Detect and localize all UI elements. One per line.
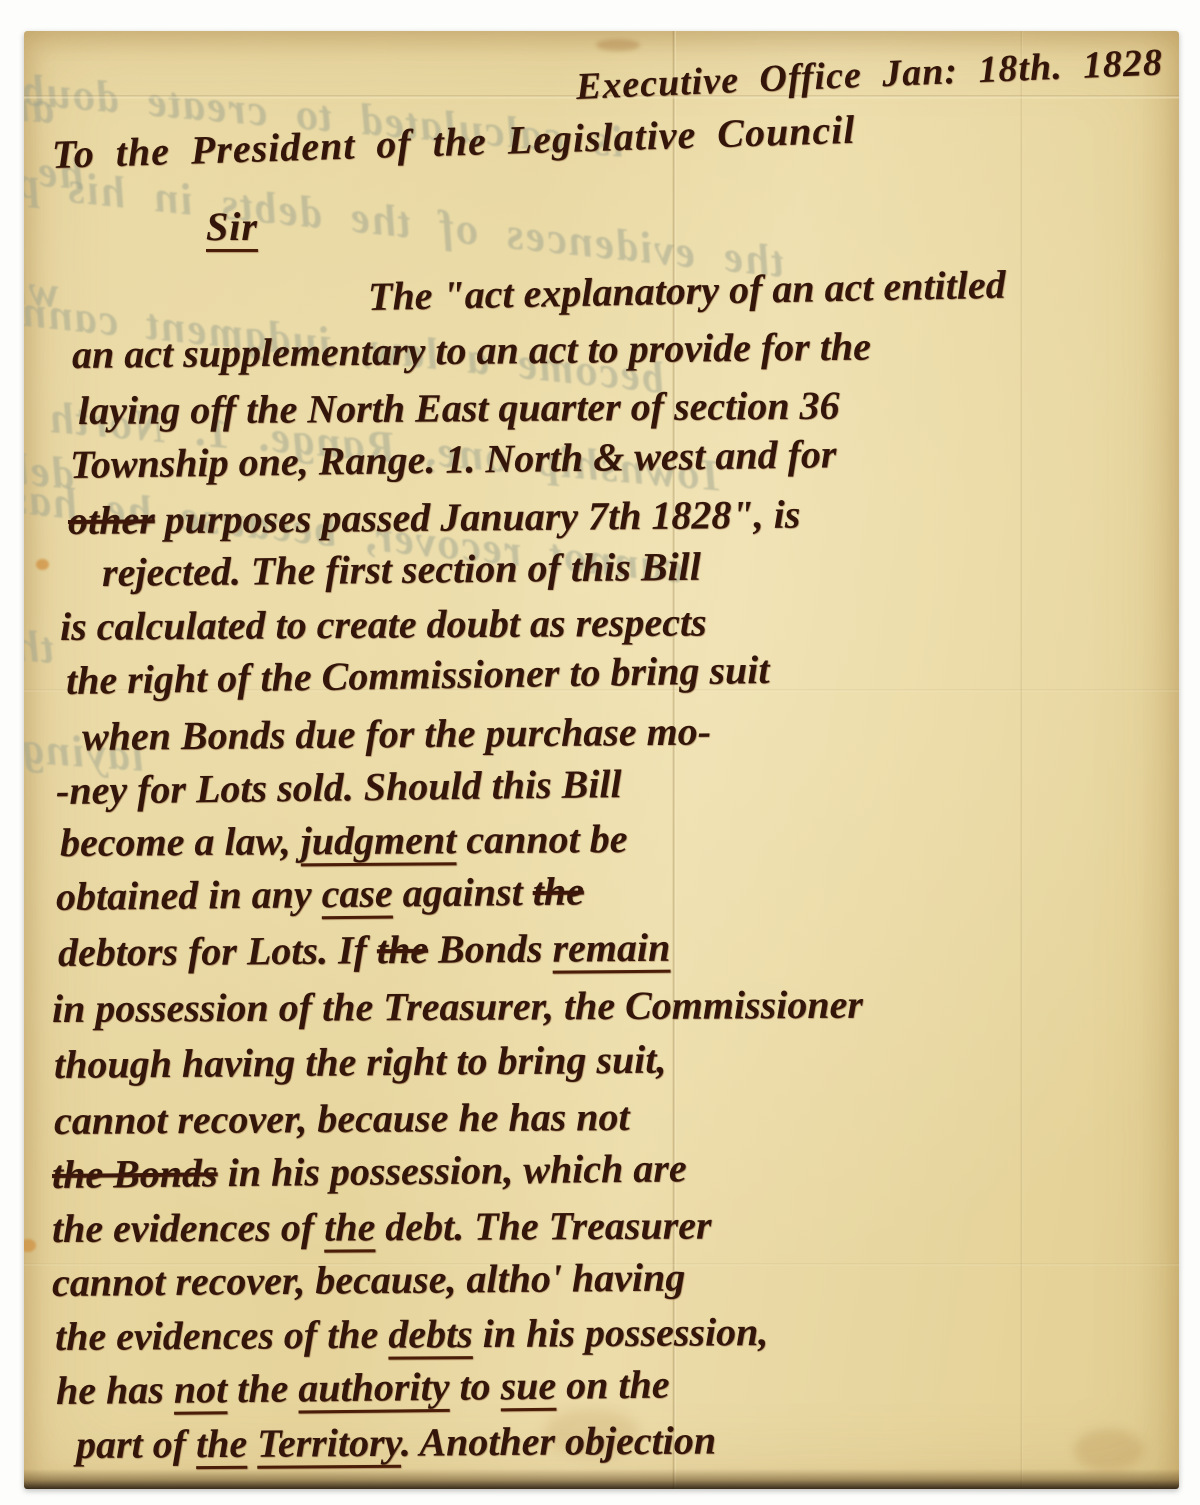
word-run: in his possession, which are — [217, 1145, 686, 1195]
word-run: cannot recover, because he has not — [54, 1094, 630, 1143]
letter-line: an act supplementary to an act to provid… — [72, 323, 871, 378]
word-run: cannot recover, because, altho' having — [52, 1254, 686, 1305]
letter-line: obtained in any case against the — [56, 867, 584, 920]
word-run: the — [227, 1365, 299, 1411]
letter-line: when Bonds due for the purchase mo- — [82, 708, 711, 760]
word-run: The "act explanatory of an act entitled — [368, 262, 1006, 319]
underlined-word: remain — [552, 925, 670, 971]
underlined-word: judgment — [301, 817, 457, 863]
struck-word: the — [532, 868, 584, 914]
word-run — [247, 1421, 257, 1466]
letter-line: become a law, judgment cannot be — [60, 815, 628, 866]
word-run: -ney for Lots sold. Should this Bill — [56, 761, 622, 813]
word-run: he has — [56, 1367, 174, 1413]
word-run: debt. The Treasurer — [375, 1203, 712, 1250]
letter-line: the Bonds in his possession, which are — [52, 1144, 687, 1198]
word-run: on the — [556, 1362, 670, 1408]
word-run: Township one, Range. 1. North & west and… — [70, 431, 837, 487]
letter-line: rejected. The first section of this Bill — [102, 543, 701, 596]
letter-page: an act supplementary to an act to provid… — [24, 31, 1179, 1489]
word-run: is calculated to create doubt as respect… — [60, 599, 707, 649]
word-run: part of — [76, 1421, 196, 1467]
word-run: debtors for Lots. If — [58, 927, 377, 975]
letter-line: he has not the authority to sue on the — [56, 1361, 670, 1414]
word-run: cannot be — [456, 816, 627, 862]
word-run: rejected. The first section of this Bill — [102, 544, 701, 595]
letter-line: is calculated to create doubt as respect… — [60, 598, 707, 650]
letter-line: The "act explanatory of an act entitled — [368, 261, 1006, 320]
word-run: laying off the North East quarter of sec… — [78, 383, 840, 433]
letter-line: though having the right to bring suit, — [54, 1036, 667, 1088]
underlined-word: Territory — [257, 1420, 401, 1466]
letter-body: The "act explanatory of an act entitleda… — [24, 31, 1179, 1489]
word-run: obtained in any — [56, 871, 322, 919]
underlined-word: the — [324, 1204, 375, 1249]
letter-line: debtors for Lots. If the Bonds remain — [58, 924, 671, 976]
word-run: when Bonds due for the purchase mo- — [82, 709, 711, 759]
word-run: in his possession, — [473, 1309, 769, 1356]
underlined-word: case — [321, 870, 393, 916]
word-run: . Another objection — [401, 1418, 717, 1465]
underlined-word: not — [174, 1366, 228, 1412]
letter-line: part of the Territory. Another objection — [76, 1417, 716, 1468]
word-run: though having the right to bring suit, — [54, 1037, 667, 1087]
word-run: in possession of the Treasurer, the Comm… — [52, 982, 863, 1031]
letter-line: the evidences of the debts in his posses… — [55, 1308, 769, 1360]
word-run: to — [449, 1363, 501, 1409]
paper-bottom-edge-shadow — [24, 1469, 1179, 1489]
letter-line: in possession of the Treasurer, the Comm… — [52, 981, 863, 1032]
letter-line: Township one, Range. 1. North & west and… — [70, 430, 837, 488]
letter-line: the evidences of the debt. The Treasurer — [52, 1202, 712, 1252]
word-run: an act supplementary to an act to provid… — [72, 324, 871, 377]
underlined-word: authority — [298, 1364, 450, 1411]
struck-word: other — [68, 497, 155, 543]
word-run: become a law, — [60, 818, 301, 865]
struck-word: the — [377, 927, 429, 972]
word-run: the evidences of the — [55, 1312, 389, 1359]
letter-line: cannot recover, because he has not — [54, 1093, 630, 1144]
underlined-word: sue — [500, 1363, 556, 1409]
letter-line: laying off the North East quarter of sec… — [78, 382, 840, 434]
letter-line: cannot recover, because, altho' having — [52, 1253, 686, 1306]
underlined-word: debts — [388, 1311, 473, 1357]
scanned-letter: an act supplementary to an act to provid… — [0, 0, 1200, 1505]
letter-line: -ney for Lots sold. Should this Bill — [56, 760, 622, 814]
word-run: the right of the Commissioner to bring s… — [66, 647, 770, 703]
word-run: Bonds — [428, 926, 553, 972]
letter-line: the right of the Commissioner to bring s… — [66, 646, 770, 704]
letter-line: other purposes passed January 7th 1828",… — [68, 491, 801, 544]
struck-word: the Bonds — [52, 1150, 218, 1197]
word-run: against — [392, 869, 533, 915]
word-run: purposes passed January 7th 1828", is — [154, 492, 800, 543]
word-run: the evidences of — [52, 1205, 324, 1251]
underlined-word: the — [196, 1421, 247, 1466]
